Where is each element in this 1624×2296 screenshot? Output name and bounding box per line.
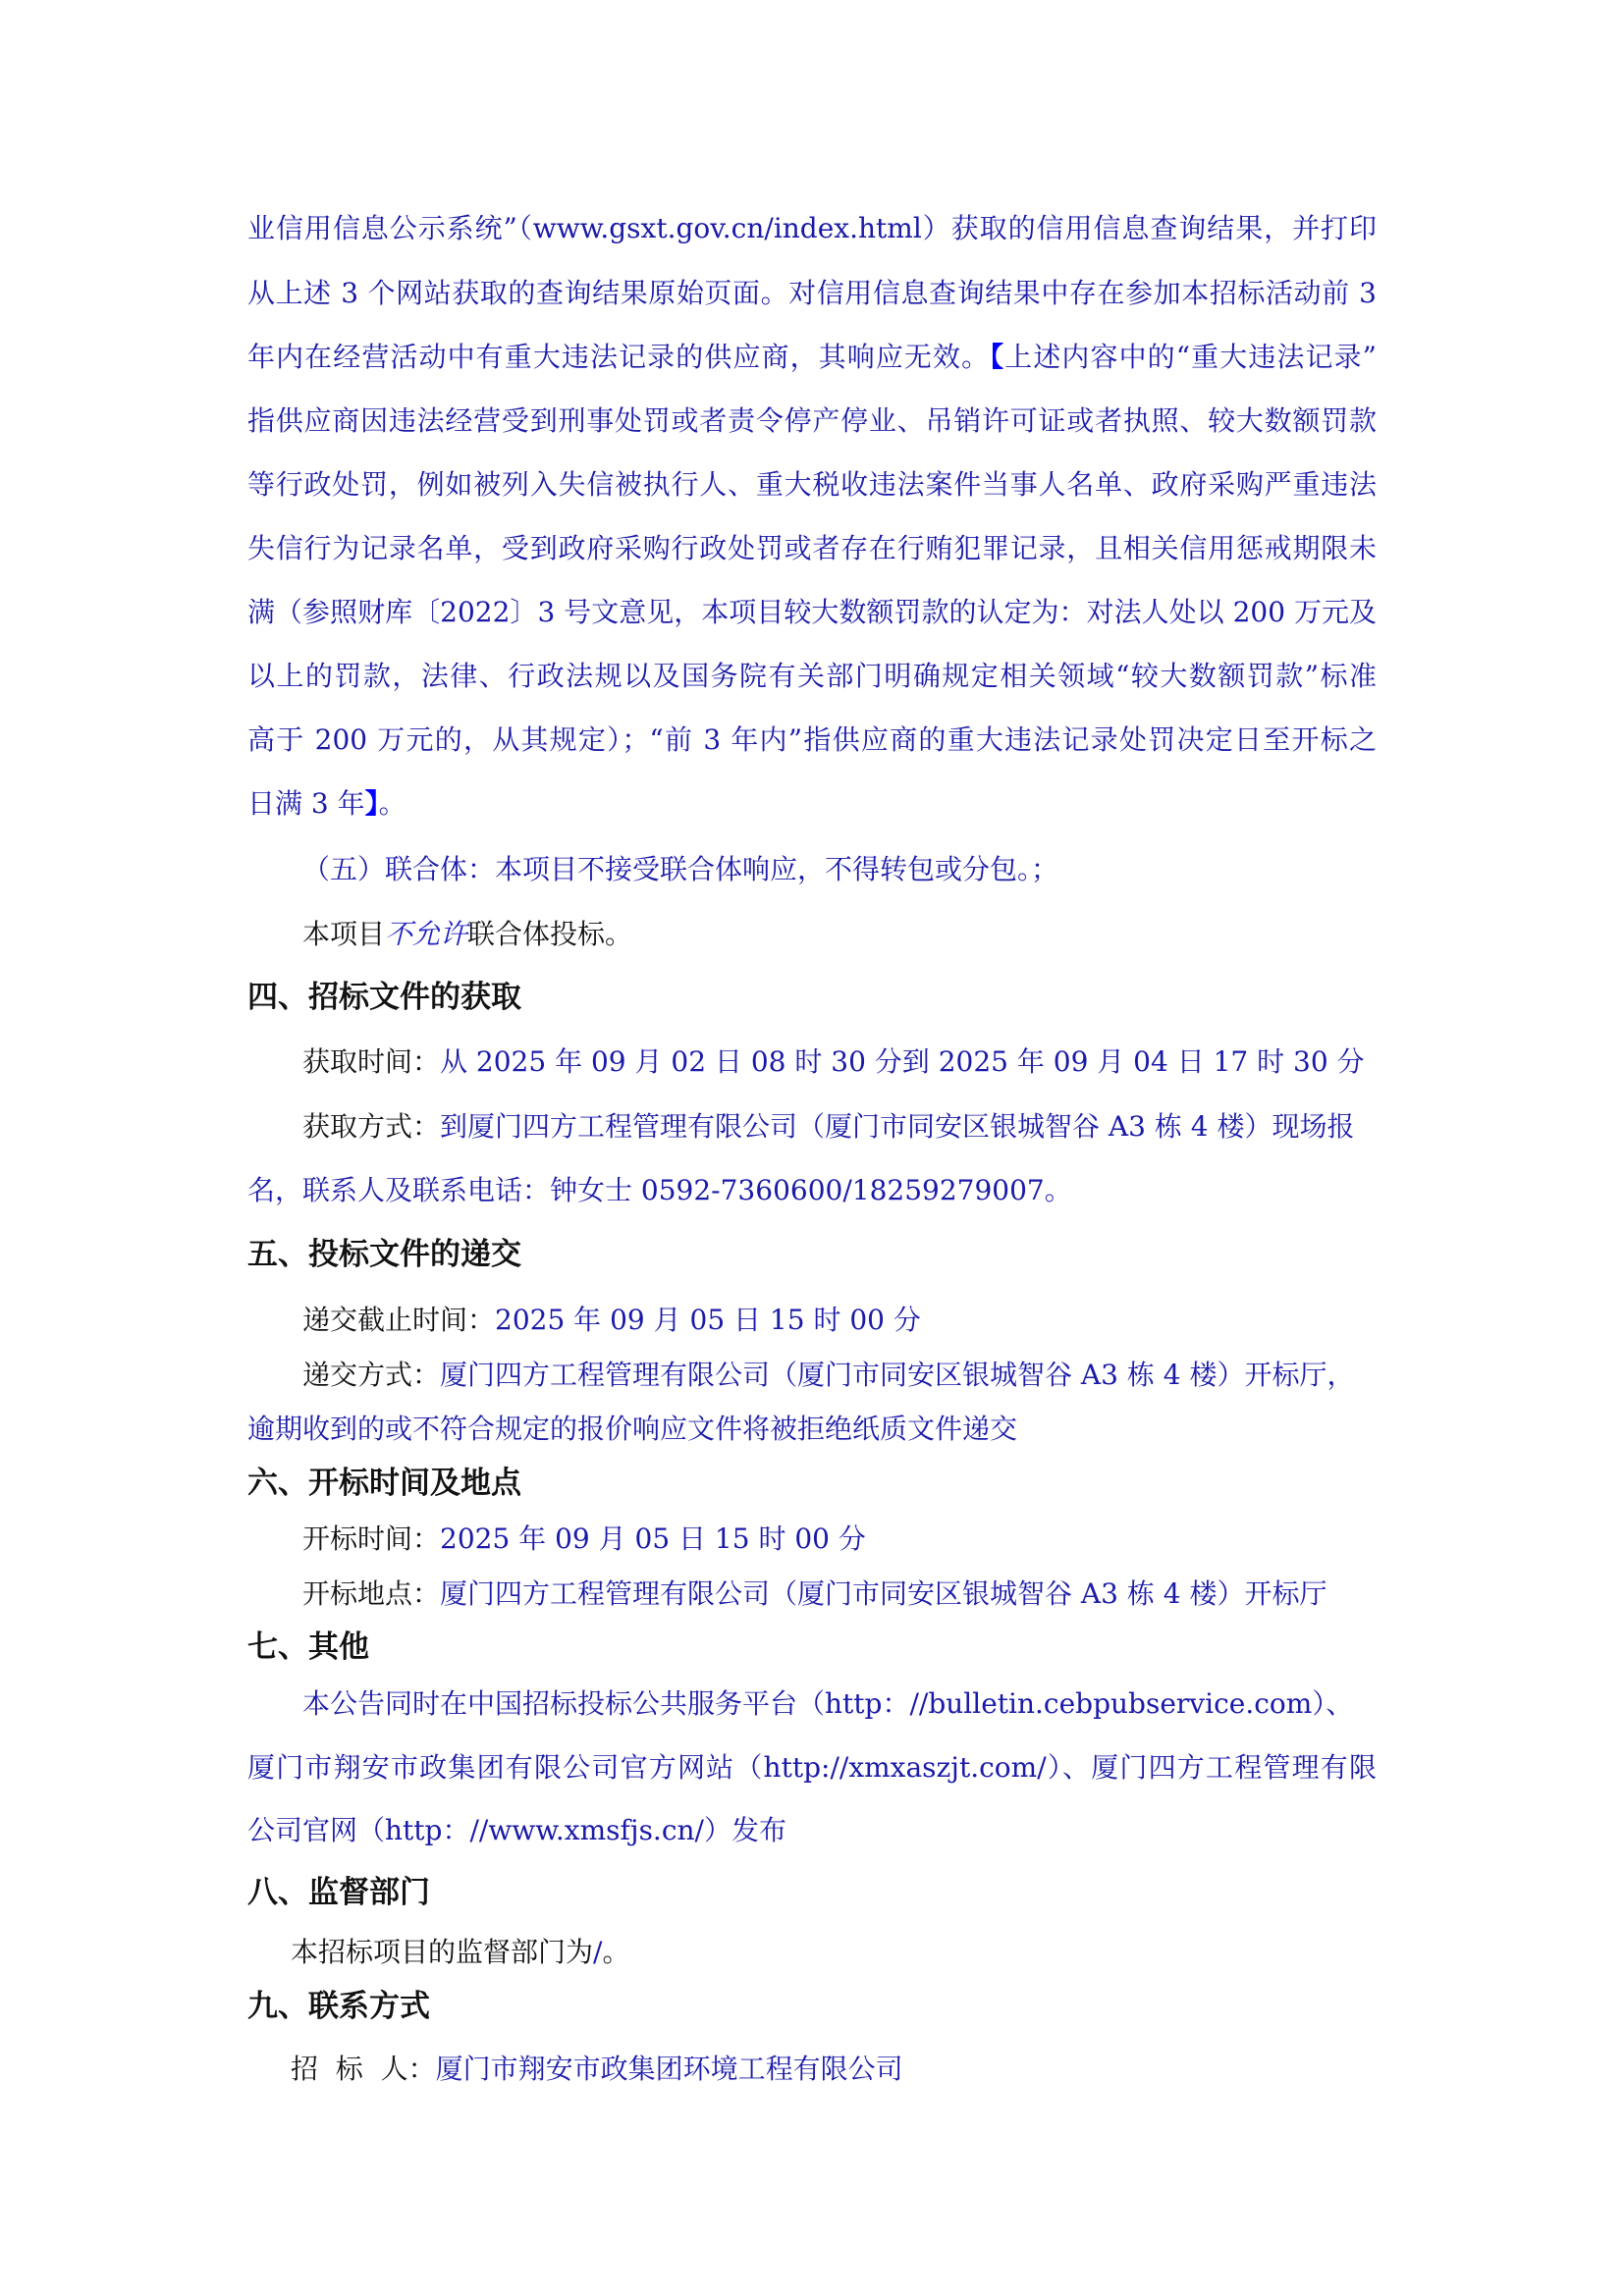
section-6-title: 六、开标时间及地点 bbox=[247, 1465, 521, 1502]
paragraph-line: 失信行为记录名单，受到政府采购行政处罚或者存在行贿犯罪记录，且相关信用惩戒期限未 bbox=[247, 532, 1377, 565]
supervision-text: 本招标项目的监督部门为 bbox=[291, 1936, 593, 1968]
consortium-prefix: 本项目 bbox=[302, 918, 385, 950]
close-bracket: 】 bbox=[365, 787, 379, 820]
submit-deadline-line: 递交截止时间：2025 年 09 月 05 日 15 时 00 分 bbox=[302, 1304, 921, 1337]
section-9-title: 九、联系方式 bbox=[247, 1988, 430, 2025]
submit-method-cont: 逾期收到的或不符合规定的报价响应文件将被拒绝纸质文件递交 bbox=[247, 1413, 1017, 1446]
submit-method-label: 递交方式： bbox=[302, 1359, 440, 1391]
paragraph-line: 年内在经营活动中有重大违法记录的供应商，其响应无效。【上述内容中的“重大违法记录… bbox=[247, 341, 1377, 374]
section-7-title: 七、其他 bbox=[247, 1629, 369, 1666]
opening-place-line: 开标地点：厦门四方工程管理有限公司（厦门市同安区银城智谷 A3 栋 4 楼）开标… bbox=[302, 1577, 1326, 1611]
opening-time-label: 开标时间： bbox=[302, 1522, 440, 1555]
acquire-method-cont: 名，联系人及联系电话：钟女士 0592-7360600/18259279007。 bbox=[247, 1174, 1072, 1207]
paragraph-line: 等行政处罚，例如被列入失信被执行人、重大税收违法案件当事人名单、政府采购严重违法 bbox=[247, 468, 1377, 502]
acquire-method-label: 获取方式： bbox=[302, 1110, 440, 1143]
acquire-time-value: 从 2025 年 09 月 02 日 08 时 30 分到 2025 年 09 … bbox=[440, 1045, 1365, 1078]
paragraph-line: 从上述 3 个网站获取的查询结果原始页面。对信用信息查询结果中存在参加本招标活动… bbox=[247, 277, 1377, 310]
paragraph-text: 上述内容中的“重大违法记录” bbox=[1004, 341, 1377, 373]
section-8-title: 八、监督部门 bbox=[247, 1874, 430, 1911]
consortium-line: （五）联合体：本项目不接受联合体响应，不得转包或分包。； bbox=[302, 853, 1058, 886]
submit-method-value: 厦门四方工程管理有限公司（厦门市同安区银城智谷 A3 栋 4 楼）开标厅， bbox=[440, 1359, 1354, 1391]
paragraph-line: 指供应商因违法经营受到刑事处罚或者责令停产停业、吊销许可证或者执照、较大数额罚款 bbox=[247, 404, 1377, 438]
publish-line: 公司官网（http：//www.xmsfjs.cn/）发布 bbox=[247, 1814, 786, 1847]
acquire-time-label: 获取时间： bbox=[302, 1045, 440, 1078]
consortium-suffix: 联合体投标。 bbox=[467, 918, 632, 950]
paragraph-line: 高于 200 万元的，从其规定）；“前 3 年内”指供应商的重大违法记录处罚决定… bbox=[247, 723, 1377, 757]
opening-time-value: 2025 年 09 月 05 日 15 时 00 分 bbox=[440, 1522, 866, 1555]
paragraph-text: 年内在经营活动中有重大违法记录的供应商，其响应无效。 bbox=[247, 341, 990, 373]
paragraph-line: 满（参照财库〔2022〕3 号文意见，本项目较大数额罚款的认定为：对法人处以 2… bbox=[247, 596, 1377, 629]
section-5-title: 五、投标文件的递交 bbox=[247, 1236, 521, 1273]
paragraph-line: 以上的罚款，法律、行政法规以及国务院有关部门明确规定相关领域“较大数额罚款”标准 bbox=[247, 660, 1377, 693]
publish-line: 厦门市翔安市政集团有限公司官方网站（http://xmxaszjt.com/）、… bbox=[247, 1751, 1377, 1785]
document-page: 业信用信息公示系统”（www.gsxt.gov.cn/index.html）获取… bbox=[0, 0, 1624, 2296]
consortium-allowed-line: 本项目不允许联合体投标。 bbox=[302, 918, 632, 951]
submit-deadline-label: 递交截止时间： bbox=[302, 1304, 495, 1336]
supervision-line: 本招标项目的监督部门为/。 bbox=[291, 1936, 629, 1969]
consortium-italic-value: 不允许 bbox=[385, 918, 467, 950]
acquire-method-line: 获取方式：到厦门四方工程管理有限公司（厦门市同安区银城智谷 A3 栋 4 楼）现… bbox=[302, 1110, 1354, 1144]
acquire-time-line: 获取时间：从 2025 年 09 月 02 日 08 时 30 分到 2025 … bbox=[302, 1045, 1365, 1079]
section-4-title: 四、招标文件的获取 bbox=[247, 979, 521, 1016]
tenderer-label: 招 标 人： bbox=[291, 2053, 436, 2085]
opening-time-line: 开标时间：2025 年 09 月 05 日 15 时 00 分 bbox=[302, 1522, 866, 1556]
paragraph-line: 日满 3 年】。 bbox=[247, 787, 406, 821]
tenderer-line: 招 标 人：厦门市翔安市政集团环境工程有限公司 bbox=[291, 2053, 903, 2086]
paragraph-line: 业信用信息公示系统”（www.gsxt.gov.cn/index.html）获取… bbox=[247, 212, 1377, 245]
paragraph-text: 。 bbox=[379, 787, 406, 820]
publish-line: 本公告同时在中国招标投标公共服务平台（http：//bulletin.cebpu… bbox=[302, 1687, 1353, 1721]
submit-method-line: 递交方式：厦门四方工程管理有限公司（厦门市同安区银城智谷 A3 栋 4 楼）开标… bbox=[302, 1359, 1354, 1392]
opening-place-value: 厦门四方工程管理有限公司（厦门市同安区银城智谷 A3 栋 4 楼）开标厅 bbox=[440, 1577, 1326, 1610]
open-bracket: 【 bbox=[990, 341, 1004, 373]
supervision-end: 。 bbox=[602, 1936, 629, 1968]
opening-place-label: 开标地点： bbox=[302, 1577, 440, 1610]
tenderer-value: 厦门市翔安市政集团环境工程有限公司 bbox=[436, 2053, 903, 2085]
submit-deadline-value: 2025 年 09 月 05 日 15 时 00 分 bbox=[495, 1304, 921, 1336]
acquire-method-value: 到厦门四方工程管理有限公司（厦门市同安区银城智谷 A3 栋 4 楼）现场报 bbox=[440, 1110, 1354, 1143]
paragraph-text: 日满 3 年 bbox=[247, 787, 365, 820]
